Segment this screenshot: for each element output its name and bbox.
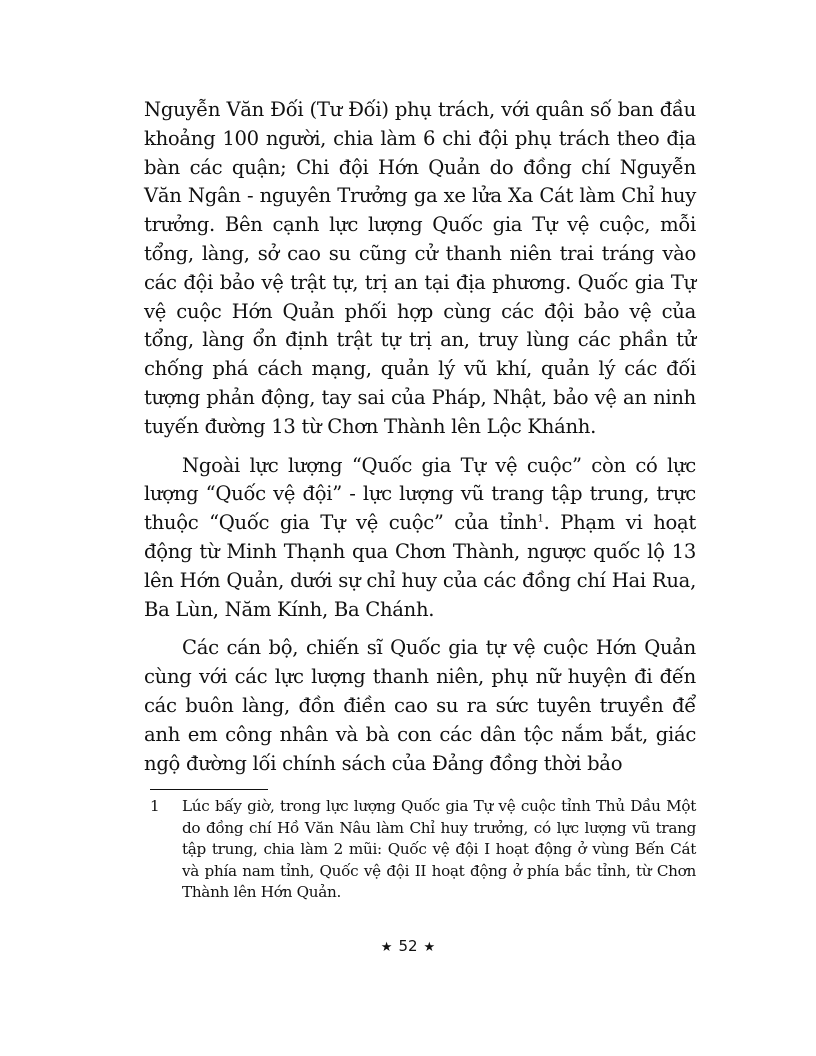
star-icon: ★ — [381, 940, 393, 955]
paragraph-2: Ngoài lực lượng “Quốc gia Tự vệ cuộc” cò… — [144, 452, 696, 625]
paragraph-3: Các cán bộ, chiến sĩ Quốc gia tự vệ cuộc… — [144, 634, 696, 778]
main-text: Nguyễn Văn Đối (Tư Đối) phụ trách, với q… — [144, 96, 696, 778]
footnote: 1 Lúc bấy giờ, trong lực lượng Quốc gia … — [150, 796, 696, 904]
book-page: Nguyễn Văn Đối (Tư Đối) phụ trách, với q… — [0, 0, 816, 1056]
star-icon: ★ — [424, 940, 436, 955]
page-number-value: 52 — [398, 937, 417, 955]
page-number: ★52★ — [0, 937, 816, 955]
paragraph-1: Nguyễn Văn Đối (Tư Đối) phụ trách, với q… — [144, 96, 696, 442]
footnote-divider — [150, 789, 268, 790]
footnote-number: 1 — [150, 796, 178, 818]
footnote-text: Lúc bấy giờ, trong lực lượng Quốc gia Tự… — [182, 796, 696, 904]
